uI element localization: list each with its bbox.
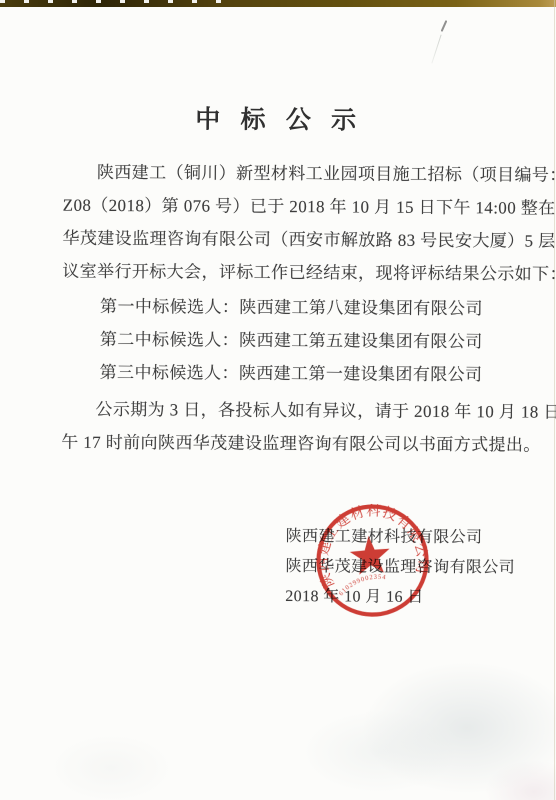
company-seal-stamp: 陕西建工建材科技有限公司 610299002354 — [308, 496, 437, 625]
objection-line: 公示期为 3 日，各投标人如有异议，请于 2018 年 10 月 18 日下 — [61, 393, 511, 429]
objection-line: 午 17 时前向陕西华茂建设监理咨询有限公司以书面方式提出。 — [61, 426, 511, 462]
intro-line: Z08（2018）第 076 号）已于 2018 年 10 月 15 日下午 1… — [63, 189, 513, 225]
scanned-document-page: 中 标 公 示 陕西建工（铜川）新型材料工业园项目施工招标（项目编号：SHM Z… — [0, 0, 556, 800]
intro-line: 华茂建设监理咨询有限公司（西安市解放路 83 号民安大厦）5 层会 — [62, 222, 512, 258]
objection-paragraph: 公示期为 3 日，各投标人如有异议，请于 2018 年 10 月 18 日下 午… — [61, 393, 511, 462]
intro-paragraph: 陕西建工（铜川）新型材料工业园项目施工招标（项目编号：SHM Z08（2018）… — [62, 156, 513, 291]
intro-line: 议室举行开标大会，评标工作已经结束，现将评标结果公示如下： — [62, 255, 512, 291]
document-title: 中 标 公 示 — [1, 98, 556, 137]
star-icon — [349, 534, 392, 575]
candidate-list: 第一中标候选人：陕西建工第八建设集团有限公司 第二中标候选人：陕西建工第五建设集… — [100, 290, 521, 392]
candidate-first: 第一中标候选人：陕西建工第八建设集团有限公司 — [100, 290, 520, 326]
candidate-second: 第二中标候选人：陕西建工第五建设集团有限公司 — [100, 323, 520, 359]
document-content: 中 标 公 示 陕西建工（铜川）新型材料工业园项目施工招标（项目编号：SHM Z… — [0, 0, 556, 800]
candidate-third: 第三中标候选人：陕西建工第一建设集团有限公司 — [100, 356, 520, 392]
intro-line: 陕西建工（铜川）新型材料工业园项目施工招标（项目编号：SHM — [63, 156, 513, 192]
seal-number: 610299002354 — [336, 573, 388, 598]
